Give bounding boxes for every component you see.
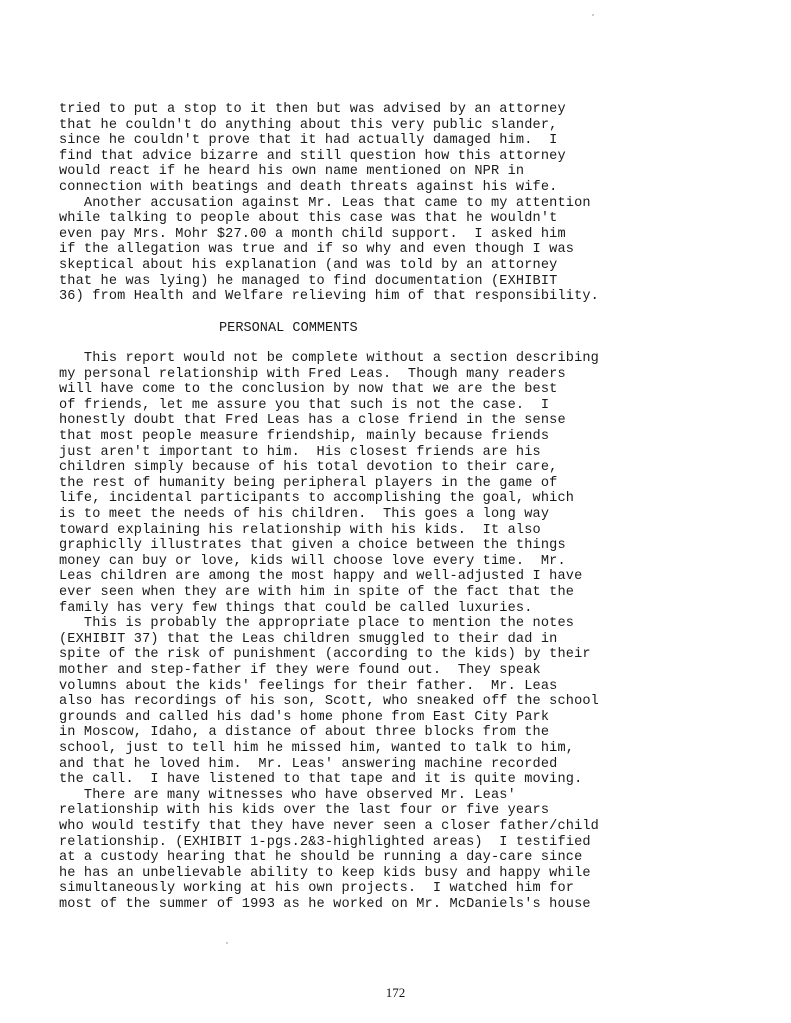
text-line: money can buy or love, kids will choose … [59,554,566,570]
text-line: since he couldn't prove that it had actu… [59,133,557,149]
text-line: Another accusation against Mr. Leas that… [59,196,591,212]
document-page: tried to put a stop to it then but was a… [0,0,791,1023]
text-line: tried to put a stop to it then but was a… [59,102,566,118]
text-line: relationship. (EXHIBIT 1-pgs.2&3-highlig… [59,835,591,851]
text-line: honestly doubt that Fred Leas has a clos… [59,413,566,429]
text-line: grounds and called his dad's home phone … [59,710,549,726]
text-line: children simply because of his total dev… [59,460,557,476]
text-line: the rest of humanity being peripheral pl… [59,476,557,492]
text-line: that he couldn't do anything about this … [59,118,557,134]
text-line: also has recordings of his son, Scott, w… [59,694,599,710]
text-line: simultaneously working at his own projec… [59,881,574,897]
text-line: spite of the risk of punishment (accordi… [59,647,591,663]
text-line: will have come to the conclusion by now … [59,382,557,398]
text-line: family has very few things that could be… [59,601,533,617]
text-line: skeptical about his explanation (and was… [59,258,557,274]
text-line: while talking to people about this case … [59,211,557,227]
text-line: at a custody hearing that he should be r… [59,850,582,866]
text-line: toward explaining his relationship with … [59,523,541,539]
text-line: graphiclly illustrates that given a choi… [59,538,566,554]
text-line: mother and step-father if they were foun… [59,663,541,679]
text-line: that most people measure friendship, mai… [59,429,549,445]
scan-speck [226,942,228,944]
page-number: 172 [0,985,791,1001]
text-line: This is probably the appropriate place t… [59,616,574,632]
text-line: is to meet the needs of his children. Th… [59,507,549,523]
text-line: he has an unbelievable ability to keep k… [59,866,591,882]
text-line: school, just to tell him he missed him, … [59,741,574,757]
text-line: 36) from Health and Welfare relieving hi… [59,289,599,305]
text-line: in Moscow, Idaho, a distance of about th… [59,725,549,741]
text-line: There are many witnesses who have observ… [59,788,516,804]
scan-speck [592,14,594,16]
text-line: the call. I have listened to that tape a… [59,772,582,788]
text-line: connection with beatings and death threa… [59,180,557,196]
text-line: if the allegation was true and if so why… [59,242,574,258]
text-line: my personal relationship with Fred Leas.… [59,367,566,383]
text-line: would react if he heard his own name men… [59,164,524,180]
text-line: (EXHIBIT 37) that the Leas children smug… [59,632,557,648]
text-line: just aren't important to him. His closes… [59,445,541,461]
text-line: relationship with his kids over the last… [59,803,549,819]
text-line: volumns about the kids' feelings for the… [59,679,557,695]
text-line: find that advice bizarre and still quest… [59,149,566,165]
section-heading: PERSONAL COMMENTS [219,321,358,337]
text-line: ever seen when they are with him in spit… [59,585,574,601]
text-line: This report would not be complete withou… [59,351,599,367]
text-line: of friends, let me assure you that such … [59,398,549,414]
text-line: most of the summer of 1993 as he worked … [59,897,591,913]
text-line: who would testify that they have never s… [59,819,599,835]
text-line: that he was lying) he managed to find do… [59,274,557,290]
text-line: Leas children are among the most happy a… [59,569,582,585]
text-line: and that he loved him. Mr. Leas' answeri… [59,757,557,773]
text-line: even pay Mrs. Mohr $27.00 a month child … [59,227,566,243]
text-line: life, incidental participants to accompl… [59,491,574,507]
